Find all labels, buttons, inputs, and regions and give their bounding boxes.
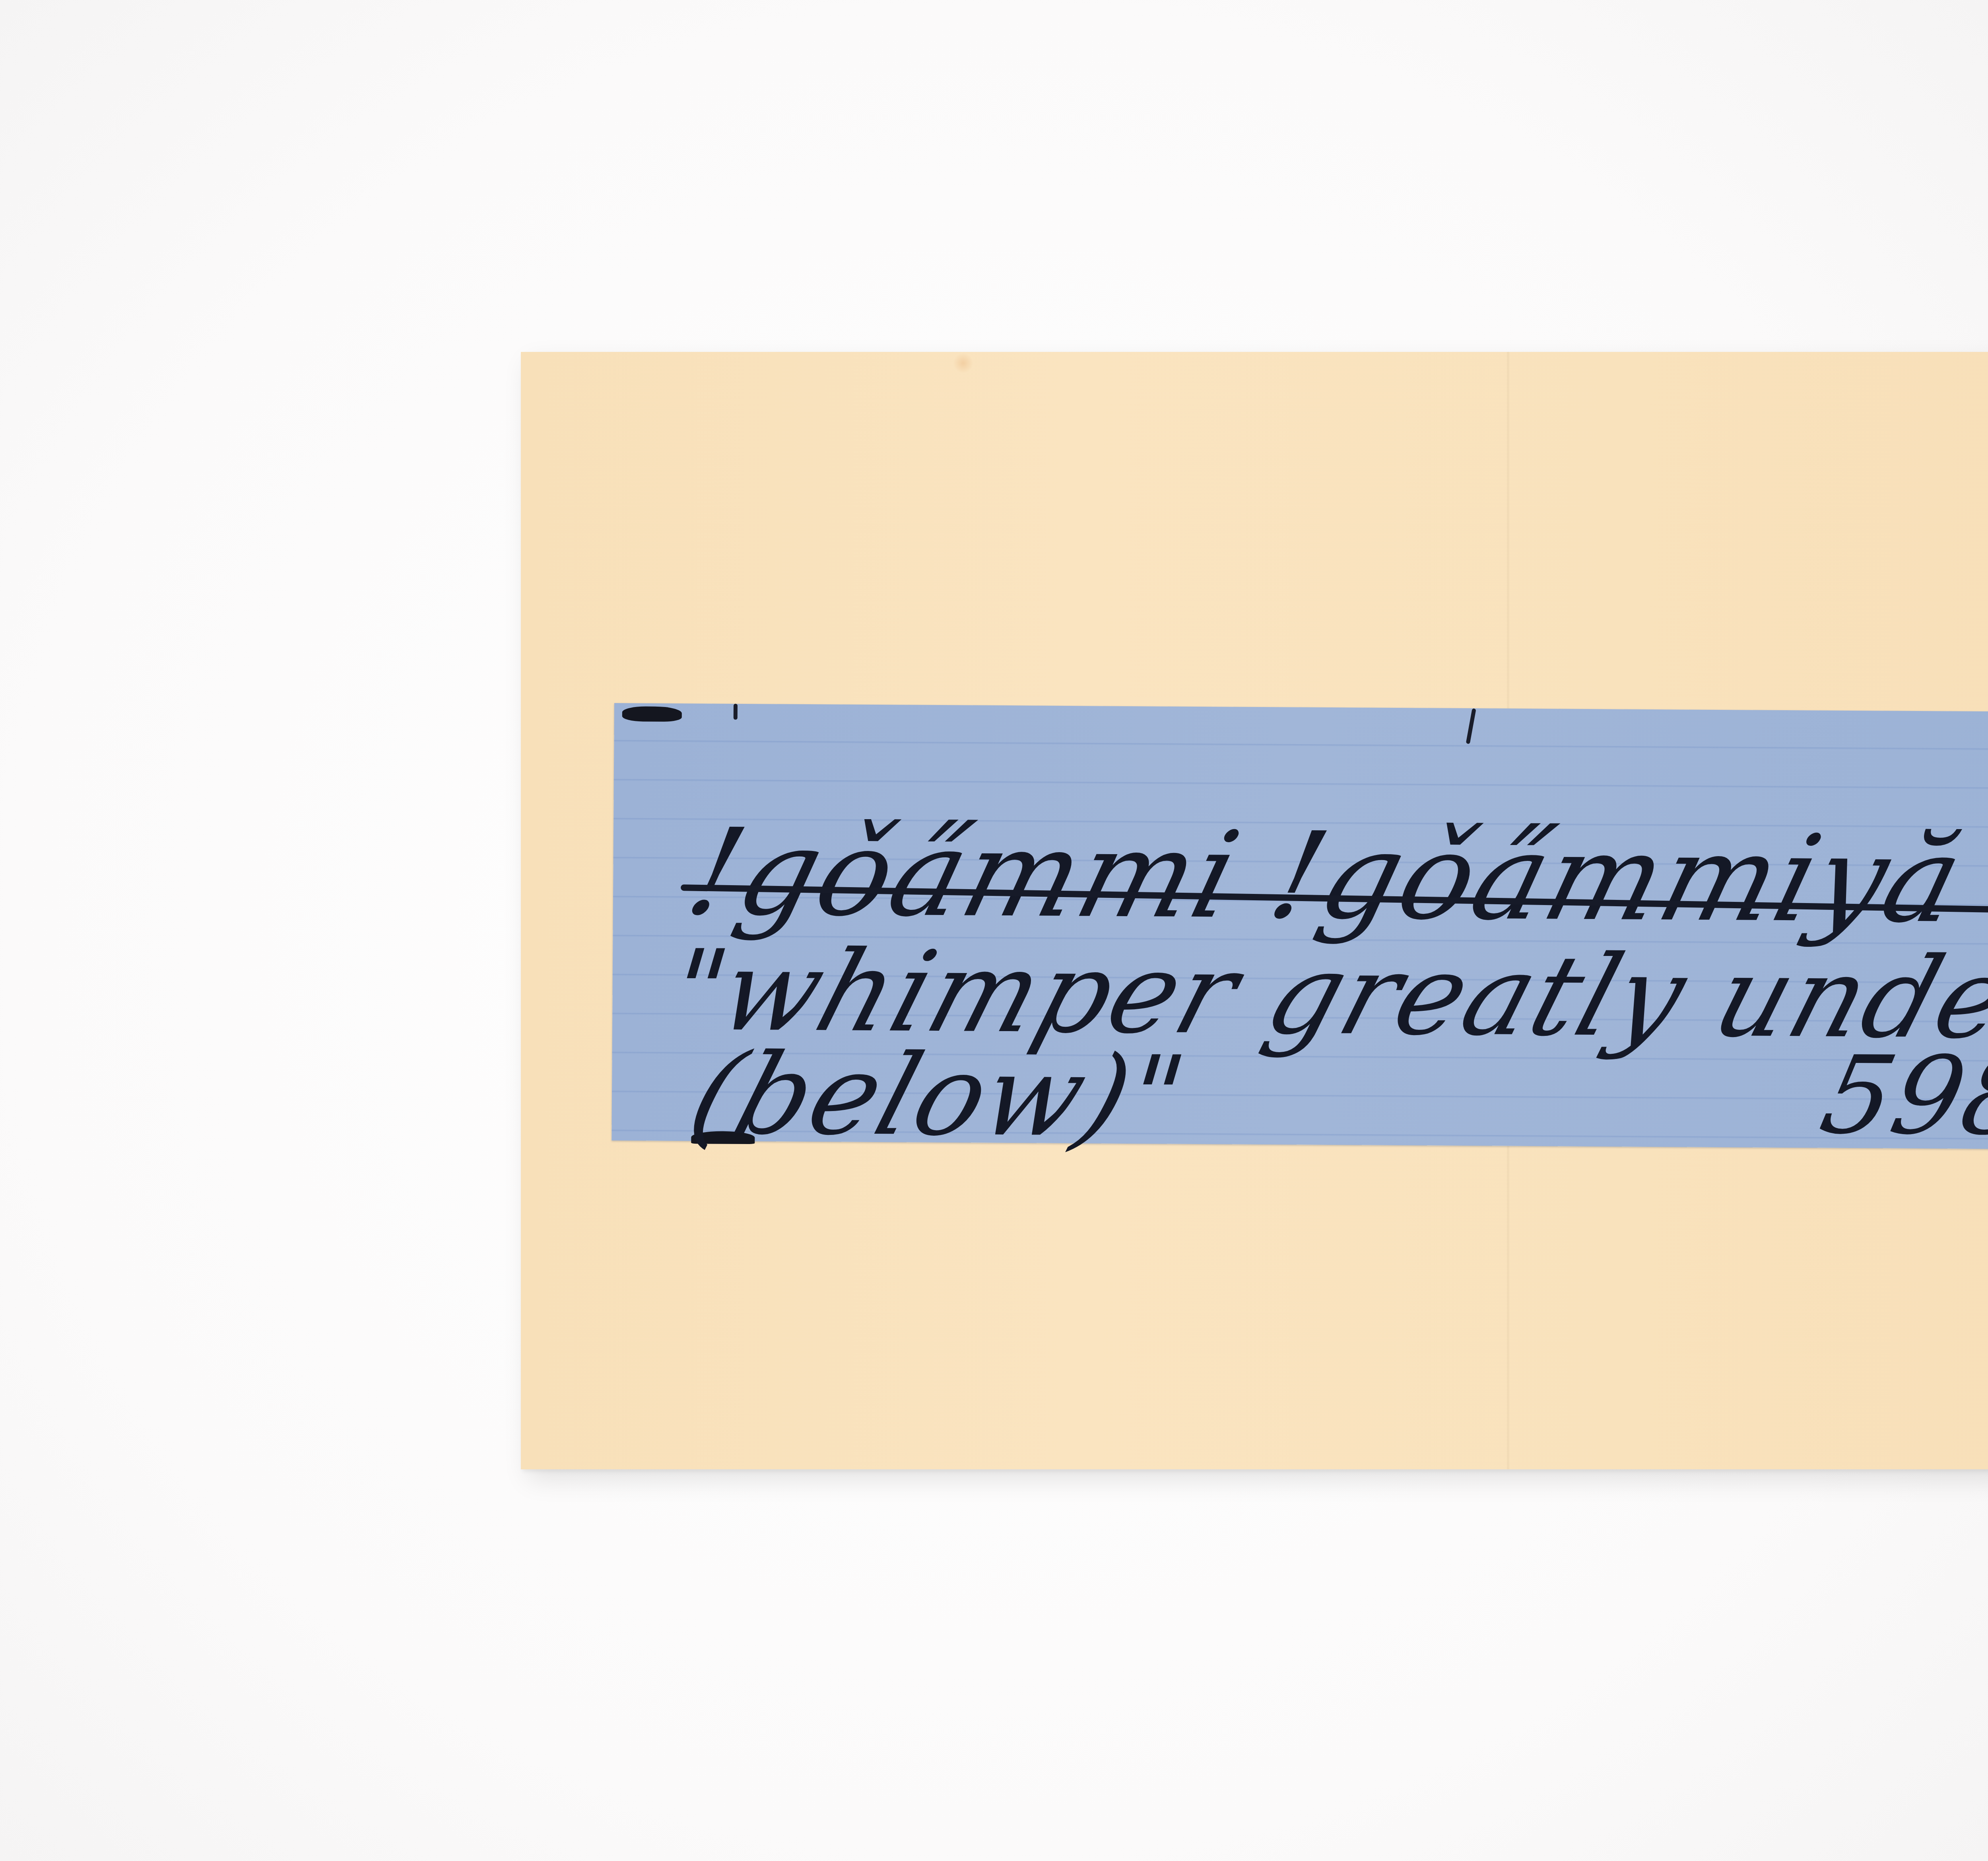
cut-stroke-fragment	[734, 704, 738, 720]
page-reference-number: 598,23,	[1811, 1033, 1988, 1160]
ink-blot-top	[622, 706, 682, 722]
cut-stroke-fragment	[1466, 708, 1476, 744]
handwritten-line-3-left: (below)"	[676, 1030, 1200, 1162]
blue-note-slip: !gǒa̋mmi !gǒa̋mmiyă Thō-ʞhō "whimper gre…	[612, 703, 1988, 1151]
